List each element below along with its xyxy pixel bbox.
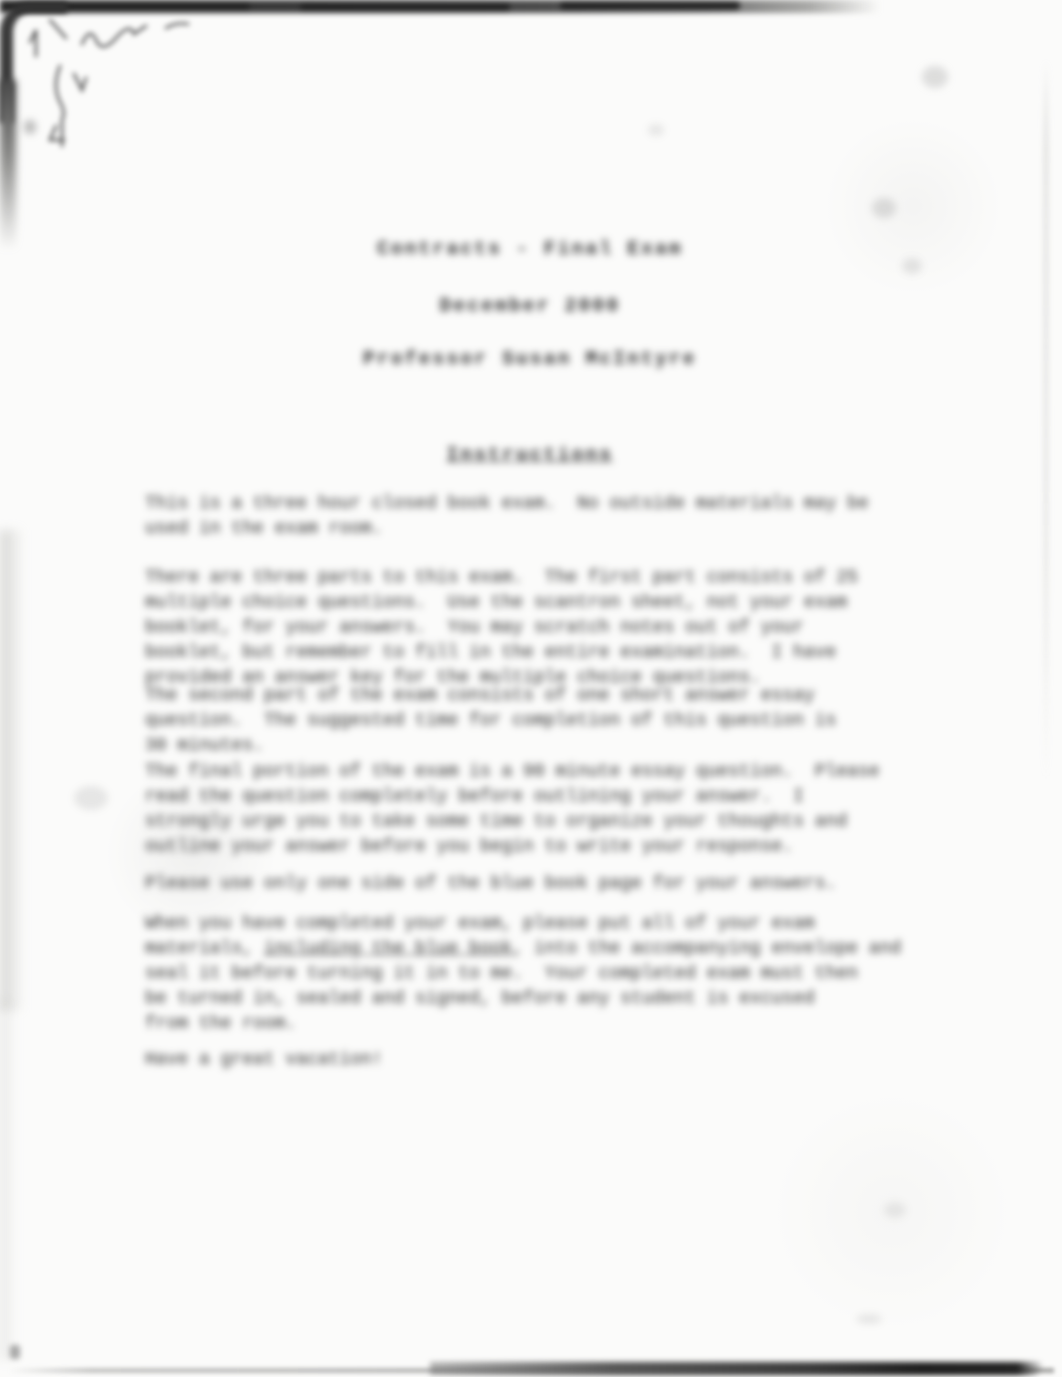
scanned-document-page: Contracts - Final Exam December 2000 Pro… — [0, 0, 1062, 1377]
paragraph-1: This is a three hour closed book exam. N… — [145, 492, 975, 542]
document-text-layer: Contracts - Final Exam December 2000 Pro… — [0, 0, 1062, 1377]
paragraph-5: Please use only one side of the blue boo… — [145, 872, 975, 897]
exam-date: December 2000 — [150, 295, 910, 317]
instructions-heading: Instructions — [150, 444, 910, 466]
paragraph-6-underlined-text: including the blue book — [264, 939, 512, 959]
paragraph-3: The second part of the exam consists of … — [145, 684, 975, 759]
paragraph-4: The final portion of the exam is a 90 mi… — [145, 760, 975, 860]
professor-name: Professor Susan McIntyre — [150, 348, 910, 370]
paragraph-6: When you have completed your exam, pleas… — [145, 912, 975, 1037]
paragraph-2: There are three parts to this exam. The … — [145, 566, 975, 691]
closing-line: Have a great vacation! — [145, 1050, 383, 1070]
exam-title: Contracts - Final Exam — [150, 238, 910, 260]
